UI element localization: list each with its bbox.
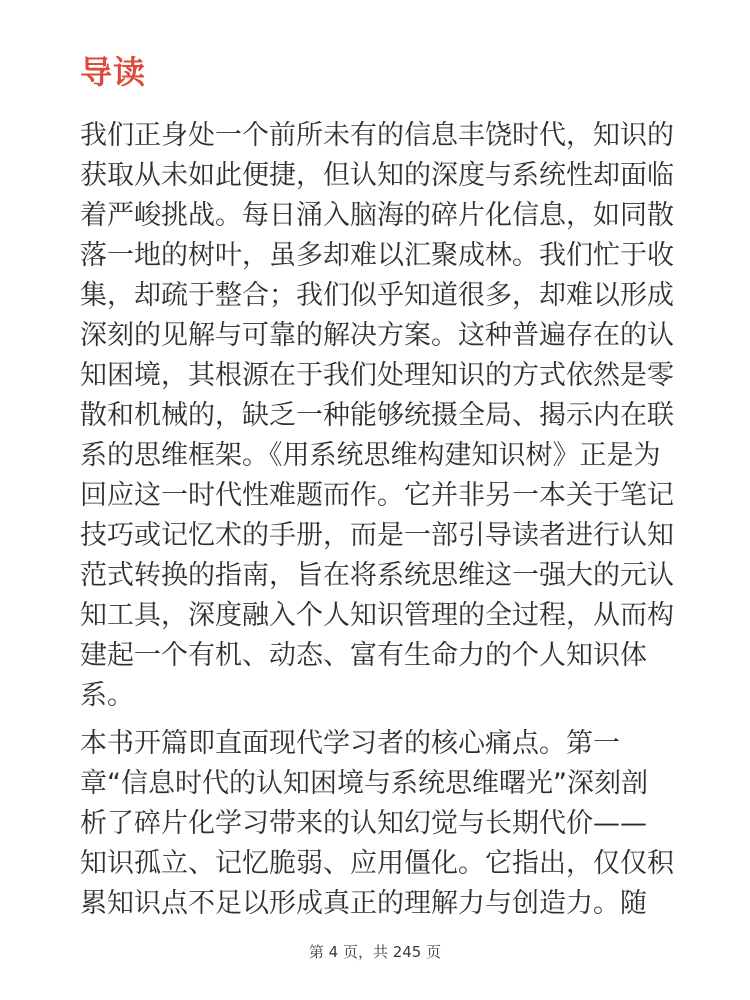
reader-page: 导读 我们正身处一个前所未有的信息丰饶时代，知识的 获取从未如此便捷，但认知的深…: [0, 0, 750, 1000]
chapter-body: 我们正身处一个前所未有的信息丰饶时代，知识的 获取从未如此便捷，但认知的深度与系…: [80, 116, 720, 932]
paragraph: 本书开篇即直面现代学习者的核心痛点。第一 章“信息时代的认知困境与系统思维曙光”…: [80, 724, 720, 924]
paragraph: 我们正身处一个前所未有的信息丰饶时代，知识的 获取从未如此便捷，但认知的深度与系…: [80, 116, 720, 716]
chapter-title: 导读: [80, 52, 146, 92]
page-number-indicator: 第 4 页，共 245 页: [0, 942, 750, 962]
